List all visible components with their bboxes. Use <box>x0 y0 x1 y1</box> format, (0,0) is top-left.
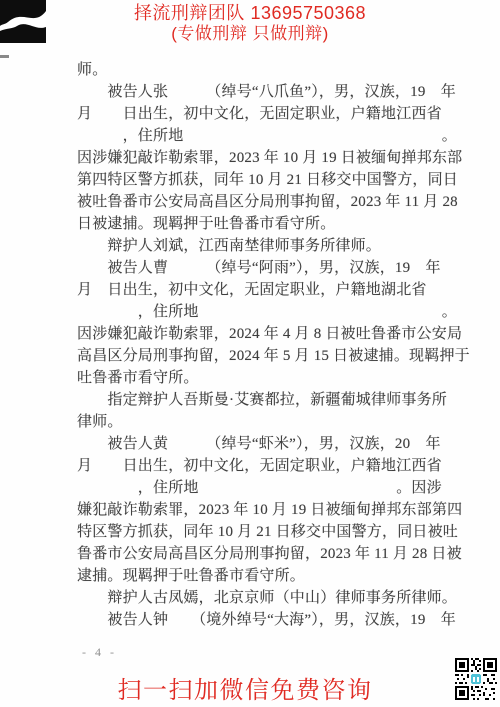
doc-line: 特区警方抓获，同年 10 月 21 日移交中国警方，同日被吐 <box>77 521 449 543</box>
promo-team-phone: 择流刑辩团队 13695750368 <box>0 3 500 24</box>
promo-header: 择流刑辩团队 13695750368 (专做刑辩 只做刑辩) <box>0 3 500 44</box>
doc-line: 日被逮捕。现羁押于吐鲁番市看守所。 <box>77 213 449 235</box>
doc-line: 被告人张 （绰号“八爪鱼”），男，汉族，19 年 <box>77 81 449 103</box>
doc-line: ，住所地 。 <box>77 125 449 147</box>
scanned-document-page: 择流刑辩团队 13695750368 (专做刑辩 只做刑辩) 师。 被告人张 （… <box>0 0 500 707</box>
doc-line: 高昌区分局刑事拘留，2024 年 5 月 15 日被逮捕。现羁押于 <box>77 345 449 367</box>
doc-line: 律师。 <box>77 411 449 433</box>
doc-line: 因涉嫌犯敲诈勒索罪，2023 年 10 月 19 日被缅甸掸邦东部 <box>77 147 449 169</box>
doc-line: ，住所地 。因涉 <box>77 477 449 499</box>
doc-line: 嫌犯敲诈勒索罪，2023 年 10 月 19 日被缅甸掸邦东部第四 <box>77 499 449 521</box>
doc-line: 被告人曹 （绰号“阿雨”），男，汉族，19 年 <box>77 257 449 279</box>
doc-line: 指定辩护人吾斯曼·艾赛都拉，新疆葡城律师事务所 <box>77 389 449 411</box>
doc-line: 逮捕。现羁押于吐鲁番市看守所。 <box>77 565 449 587</box>
doc-line: 月 日出生，初中文化，无固定职业，户籍地江西省 <box>77 455 449 477</box>
doc-line: 鲁番市公安局高昌区分局刑事拘留，2023 年 11 月 28 日被 <box>77 543 449 565</box>
wechat-qr-code <box>455 658 497 700</box>
page-number: - 4 - <box>82 645 117 660</box>
doc-line: 因涉嫌犯敲诈勒索罪，2024 年 4 月 8 日被吐鲁番市公安局 <box>77 323 449 345</box>
doc-line: 月 日出生，初中文化，无固定职业，户籍地江西省 <box>77 103 449 125</box>
scan-artifact <box>0 55 9 58</box>
doc-line: 辩护人刘斌，江西南埜律师事务所律师。 <box>77 235 449 257</box>
doc-line: 被告人钟 （境外绰号“大海”），男，汉族，19 年 <box>77 609 449 631</box>
promo-footer-cta: 扫一扫加微信免费咨询 <box>0 670 490 705</box>
doc-line: 月 日出生，初中文化，无固定职业，户籍地湖北省 <box>77 279 449 301</box>
document-body: 师。 被告人张 （绰号“八爪鱼”），男，汉族，19 年 月 日出生，初中文化，无… <box>77 59 449 631</box>
doc-line: 师。 <box>77 59 449 81</box>
doc-line: 被告人黄 （绰号“虾米”），男，汉族，20 年 <box>77 433 449 455</box>
doc-line: ，住所地 。 <box>77 301 449 323</box>
promo-subtitle: (专做刑辩 只做刑辩) <box>0 24 500 44</box>
doc-line: 被吐鲁番市公安局高昌区分局刑事拘留，2023 年 11 月 28 <box>77 191 449 213</box>
doc-line: 吐鲁番市看守所。 <box>77 367 449 389</box>
doc-line: 第四特区警方抓获，同年 10 月 21 日移交中国警方，同日 <box>77 169 449 191</box>
doc-line: 辩护人古凤嫣，北京京师（中山）律师事务所律师。 <box>77 587 449 609</box>
